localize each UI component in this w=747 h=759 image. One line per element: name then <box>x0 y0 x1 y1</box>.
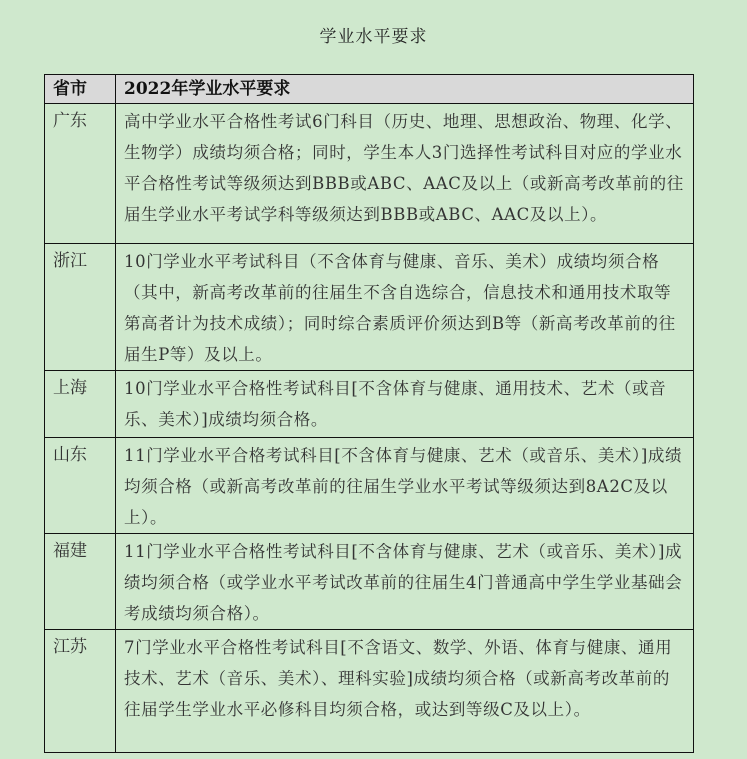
province-cell: 山东 <box>45 438 116 534</box>
table-row: 浙江 10门学业水平考试科目（不含体育与健康、音乐、美术）成绩均须合格（其中，新… <box>45 244 694 371</box>
page-title: 学业水平要求 <box>0 22 747 47</box>
requirement-cell: 10门学业水平合格性考试科目[不含体育与健康、通用技术、艺术（或音乐、美术）]成… <box>116 371 694 438</box>
province-cell: 广东 <box>45 104 116 244</box>
requirement-cell: 10门学业水平考试科目（不含体育与健康、音乐、美术）成绩均须合格（其中，新高考改… <box>116 244 694 371</box>
requirement-cell: 11门学业水平合格考试科目[不含体育与健康、艺术（或音乐、美术）]成绩均须合格（… <box>116 438 694 534</box>
requirements-table: 省市 2022年学业水平要求 广东 高中学业水平合格性考试6门科目（历史、地理、… <box>44 74 694 753</box>
requirement-cell: 高中学业水平合格性考试6门科目（历史、地理、思想政治、物理、化学、生物学）成绩均… <box>116 104 694 244</box>
province-cell: 上海 <box>45 371 116 438</box>
province-cell: 福建 <box>45 534 116 630</box>
table-row: 江苏 7门学业水平合格性考试科目[不含语文、数学、外语、体育与健康、通用技术、艺… <box>45 630 694 753</box>
header-province: 省市 <box>45 75 116 104</box>
requirement-cell: 7门学业水平合格性考试科目[不含语文、数学、外语、体育与健康、通用技术、艺术（音… <box>116 630 694 753</box>
table-header-row: 省市 2022年学业水平要求 <box>45 75 694 104</box>
table-row: 福建 11门学业水平合格性考试科目[不含体育与健康、艺术（或音乐、美术）]成绩均… <box>45 534 694 630</box>
header-requirement: 2022年学业水平要求 <box>116 75 694 104</box>
table-row: 上海 10门学业水平合格性考试科目[不含体育与健康、通用技术、艺术（或音乐、美术… <box>45 371 694 438</box>
table-row: 广东 高中学业水平合格性考试6门科目（历史、地理、思想政治、物理、化学、生物学）… <box>45 104 694 244</box>
province-cell: 浙江 <box>45 244 116 371</box>
province-cell: 江苏 <box>45 630 116 753</box>
table-row: 山东 11门学业水平合格考试科目[不含体育与健康、艺术（或音乐、美术）]成绩均须… <box>45 438 694 534</box>
requirement-cell: 11门学业水平合格性考试科目[不含体育与健康、艺术（或音乐、美术）]成绩均须合格… <box>116 534 694 630</box>
